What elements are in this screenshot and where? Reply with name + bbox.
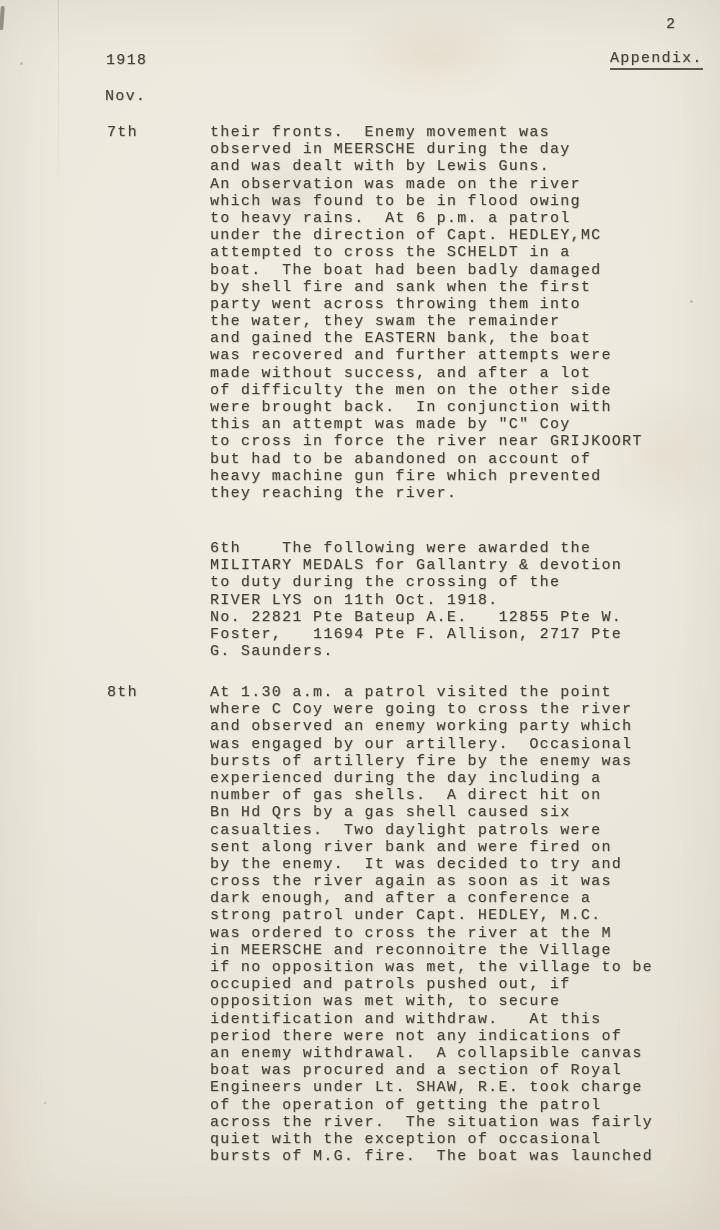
- entry-line: to cross in force the river near GRIJKOO…: [210, 433, 643, 450]
- entry-line: observed in MEERSCHE during the day: [210, 141, 643, 158]
- entry-line: dark enough, and after a conference a: [210, 890, 653, 907]
- entry-line: period there were not any indications of: [210, 1028, 653, 1045]
- entry-line: At 1.30 a.m. a patrol visited the point: [210, 684, 653, 701]
- paper-speck: [20, 62, 23, 65]
- entry-line: their fronts. Enemy movement was: [210, 124, 643, 141]
- entry-body: At 1.30 a.m. a patrol visited the pointw…: [210, 684, 653, 1165]
- entry-body: 6th The following were awarded theMILITA…: [210, 540, 622, 660]
- entry-line: MILITARY MEDALS for Gallantry & devotion: [210, 557, 622, 574]
- entry-date-label: 8th: [107, 684, 138, 701]
- entry-body: their fronts. Enemy movement wasobserved…: [210, 124, 643, 502]
- entry-line: An observation was made on the river: [210, 176, 643, 193]
- paper-speck: [44, 1102, 46, 1104]
- entry-line: Foster, 11694 Pte F. Allison, 2717 Pte: [210, 626, 622, 643]
- entry-line: attempted to cross the SCHELDT in a: [210, 244, 643, 261]
- entry-line: strong patrol under Capt. HEDLEY, M.C.: [210, 907, 653, 924]
- year-label: 1918: [106, 52, 147, 69]
- entry-line: of the operation of getting the patrol: [210, 1097, 653, 1114]
- entry-line: where C Coy were going to cross the rive…: [210, 701, 653, 718]
- entry-line: to heavy rains. At 6 p.m. a patrol: [210, 210, 643, 227]
- entry-line: opposition was met with, to secure: [210, 993, 653, 1010]
- entry-line: they reaching the river.: [210, 485, 643, 502]
- paper-speck: [690, 300, 693, 303]
- diary-entry-nov-7th: 7th their fronts. Enemy movement wasobse…: [210, 124, 643, 502]
- entry-line: experienced during the day including a: [210, 770, 653, 787]
- entry-line: was ordered to cross the river at the M: [210, 925, 653, 942]
- scan-edge-mark: [0, 6, 5, 30]
- entry-line: by shell fire and sank when the first: [210, 279, 643, 296]
- entry-date-label: 7th: [107, 124, 138, 141]
- entry-line: number of gas shells. A direct hit on: [210, 787, 653, 804]
- entry-line: an enemy withdrawal. A collapsible canva…: [210, 1045, 653, 1062]
- entry-line: was engaged by our artillery. Occasional: [210, 736, 653, 753]
- entry-line: Engineers under Lt. SHAW, R.E. took char…: [210, 1079, 653, 1096]
- entry-line: party went across throwing them into: [210, 296, 643, 313]
- entry-line: this an attempt was made by "C" Coy: [210, 416, 643, 433]
- page-number: 2: [666, 16, 676, 33]
- entry-line: and gained the EASTERN bank, the boat: [210, 330, 643, 347]
- entry-line: boat. The boat had been badly damaged: [210, 262, 643, 279]
- entry-line: bursts of M.G. fire. The boat was launch…: [210, 1148, 653, 1165]
- entry-line: across the river. The situation was fair…: [210, 1114, 653, 1131]
- entry-line: No. 22821 Pte Bateup A.E. 12855 Pte W.: [210, 609, 622, 626]
- appendix-heading: Appendix.: [610, 50, 703, 70]
- entry-line: which was found to be in flood owing: [210, 193, 643, 210]
- entry-line: 6th The following were awarded the: [210, 540, 622, 557]
- entry-line: RIVER LYS on 11th Oct. 1918.: [210, 592, 622, 609]
- entry-line: Bn Hd Qrs by a gas shell caused six: [210, 804, 653, 821]
- entry-line: quiet with the exception of occasional: [210, 1131, 653, 1148]
- entry-line: made without success, and after a lot: [210, 365, 643, 382]
- month-label: Nov.: [105, 88, 146, 105]
- entry-line: cross the river again as soon as it was: [210, 873, 653, 890]
- entry-line: the water, they swam the remainder: [210, 313, 643, 330]
- entry-line: and observed an enemy working party whic…: [210, 718, 653, 735]
- entry-line: of difficulty the men on the other side: [210, 382, 643, 399]
- entry-line: G. Saunders.: [210, 643, 622, 660]
- entry-line: and was dealt with by Lewis Guns.: [210, 158, 643, 175]
- diary-entry-nov-6th: 6th The following were awarded theMILITA…: [210, 540, 622, 660]
- entry-line: identification and withdraw. At this: [210, 1011, 653, 1028]
- entry-line: heavy machine gun fire which prevented: [210, 468, 643, 485]
- entry-line: but had to be abandoned on account of: [210, 451, 643, 468]
- paper-crease: [58, 0, 59, 215]
- entry-line: in MEERSCHE and reconnoitre the Village: [210, 942, 653, 959]
- entry-line: under the direction of Capt. HEDLEY,MC: [210, 227, 643, 244]
- entry-line: bursts of artillery fire by the enemy wa…: [210, 753, 653, 770]
- entry-line: was recovered and further attempts were: [210, 347, 643, 364]
- entry-line: to duty during the crossing of the: [210, 574, 622, 591]
- entry-line: occupied and patrols pushed out, if: [210, 976, 653, 993]
- entry-line: by the enemy. It was decided to try and: [210, 856, 653, 873]
- entry-line: boat was procured and a section of Royal: [210, 1062, 653, 1079]
- entry-line: sent along river bank and were fired on: [210, 839, 653, 856]
- entry-line: if no opposition was met, the village to…: [210, 959, 653, 976]
- entry-line: were brought back. In conjunction with: [210, 399, 643, 416]
- paper-stain: [340, 6, 530, 101]
- entry-line: casualties. Two daylight patrols were: [210, 822, 653, 839]
- document-page: 2 Appendix. 1918 Nov. 7th their fronts. …: [0, 0, 720, 1230]
- diary-entry-nov-8th: 8th At 1.30 a.m. a patrol visited the po…: [210, 684, 653, 1165]
